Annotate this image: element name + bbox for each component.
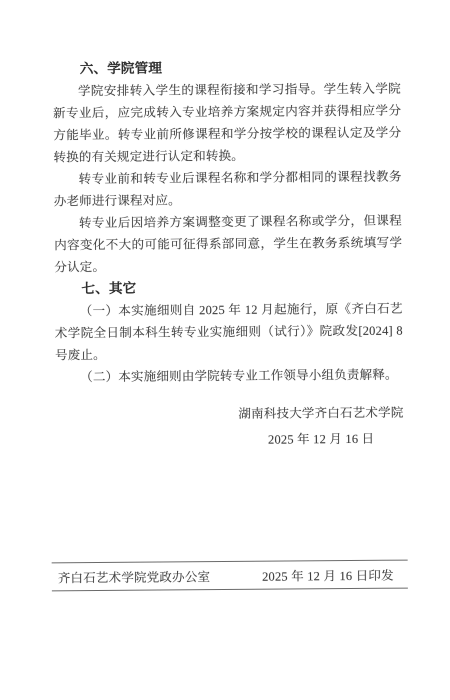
signature-block: 湖南科技大学齐白石艺术学院 2025 年 12 月 16 日: [238, 402, 403, 451]
scanned-sheet: 六、学院管理 学院安排转入学生的课程衔接和学习指导。学生转入学院新专业后，应完成…: [0, 0, 450, 700]
paragraph: （一）本实施细则自 2025 年 12 月起施行，原《齐白石艺术学院全日制本科生…: [55, 298, 404, 367]
issuance-footer: 齐白石艺术学院党政办公室 2025 年 12 月 16 日印发: [52, 560, 408, 592]
paragraph: 转专业后因培养方案调整变更了课程名称或学分，但课程内容变化不大的可能可征得系部同…: [54, 210, 403, 279]
section-heading-others: 七、其它: [54, 276, 402, 301]
footer-issuer: 齐白石艺术学院党政办公室: [58, 567, 211, 586]
section-heading-college-management: 六、学院管理: [53, 56, 401, 81]
signature-date: 2025 年 12 月 16 日: [239, 428, 404, 451]
document-page: 六、学院管理 学院安排转入学生的课程衔接和学习指导。学生转入学院新专业后，应完成…: [0, 0, 450, 700]
signature-organization: 湖南科技大学齐白石艺术学院: [238, 402, 403, 425]
paragraph: 转专业前和转专业后课程名称和学分都相同的课程找教务办老师进行课程对应。: [54, 166, 402, 213]
paragraph: 学院安排转入学生的课程衔接和学习指导。学生转入学院新专业后，应完成转入专业培养方…: [53, 78, 402, 169]
footer-print-date: 2025 年 12 月 16 日印发: [262, 565, 394, 584]
paragraph: （二）本实施细则由学院转专业工作领导小组负责解释。: [55, 364, 403, 389]
document-body: 六、学院管理 学院安排转入学生的课程衔接和学习指导。学生转入学院新专业后，应完成…: [0, 0, 450, 453]
